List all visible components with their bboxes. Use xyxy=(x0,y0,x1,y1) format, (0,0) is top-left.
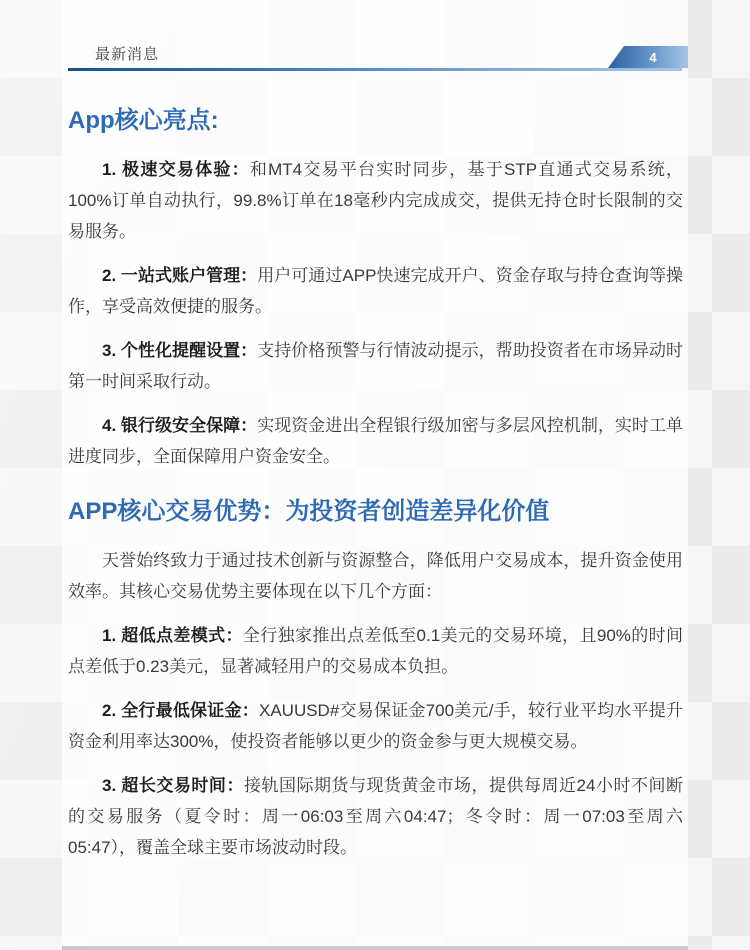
highlight-item-3: 3. 个性化提醒设置：支持价格预警与行情波动提示，帮助投资者在市场异动时第一时间… xyxy=(68,335,683,397)
highlight-item-1: 1. 极速交易体验：和MT4交易平台实时同步，基于STP直通式交易系统，100%… xyxy=(68,154,683,247)
section-heading-app-highlights: App核心亮点: xyxy=(68,108,683,134)
header-title: 最新消息 xyxy=(95,47,159,63)
document-page: 最新消息 4 App核心亮点: 1. 极速交易体验：和MT4交易平台实时同步，基… xyxy=(62,0,688,950)
advantage-item-3: 3. 超长交易时间：接轨国际期货与现货黄金市场，提供每周近24小时不间断的交易服… xyxy=(68,770,683,863)
section-heading-trading-advantages: APP核心交易优势：为投资者创造差异化价值 xyxy=(68,499,683,525)
advantage-item-3-label: 3. 超长交易时间： xyxy=(102,776,244,795)
highlight-item-4-label: 4. 银行级安全保障： xyxy=(102,416,257,435)
highlight-item-2-label: 2. 一站式账户管理： xyxy=(102,266,257,285)
highlight-item-3-label: 3. 个性化提醒设置： xyxy=(102,341,257,360)
advantage-item-2-label: 2. 全行最低保证金： xyxy=(102,701,259,720)
page-bottom-edge xyxy=(62,946,688,950)
advantage-item-2: 2. 全行最低保证金：XAUUSD#交易保证金700美元/手，较行业平均水平提升… xyxy=(68,695,683,757)
page-header: 最新消息 4 xyxy=(62,0,688,71)
page-number: 4 xyxy=(639,50,656,65)
advantages-intro: 天誉始终致力于通过技术创新与资源整合，降低用户交易成本，提升资金使用效率。其核心… xyxy=(68,545,683,607)
advantage-item-1-label: 1. 超低点差模式： xyxy=(102,626,243,645)
page-number-badge: 4 xyxy=(608,46,688,68)
highlight-item-4: 4. 银行级安全保障：实现资金进出全程银行级加密与多层风控机制，实时工单进度同步… xyxy=(68,410,683,472)
advantage-item-1: 1. 超低点差模式：全行独家推出点差低至0.1美元的交易环境，且90%的时间点差… xyxy=(68,620,683,682)
content-area: App核心亮点: 1. 极速交易体验：和MT4交易平台实时同步，基于STP直通式… xyxy=(62,71,688,863)
highlight-item-2: 2. 一站式账户管理：用户可通过APP快速完成开户、资金存取与持仓查询等操作，享… xyxy=(68,260,683,322)
highlight-item-1-label: 1. 极速交易体验： xyxy=(102,160,250,179)
